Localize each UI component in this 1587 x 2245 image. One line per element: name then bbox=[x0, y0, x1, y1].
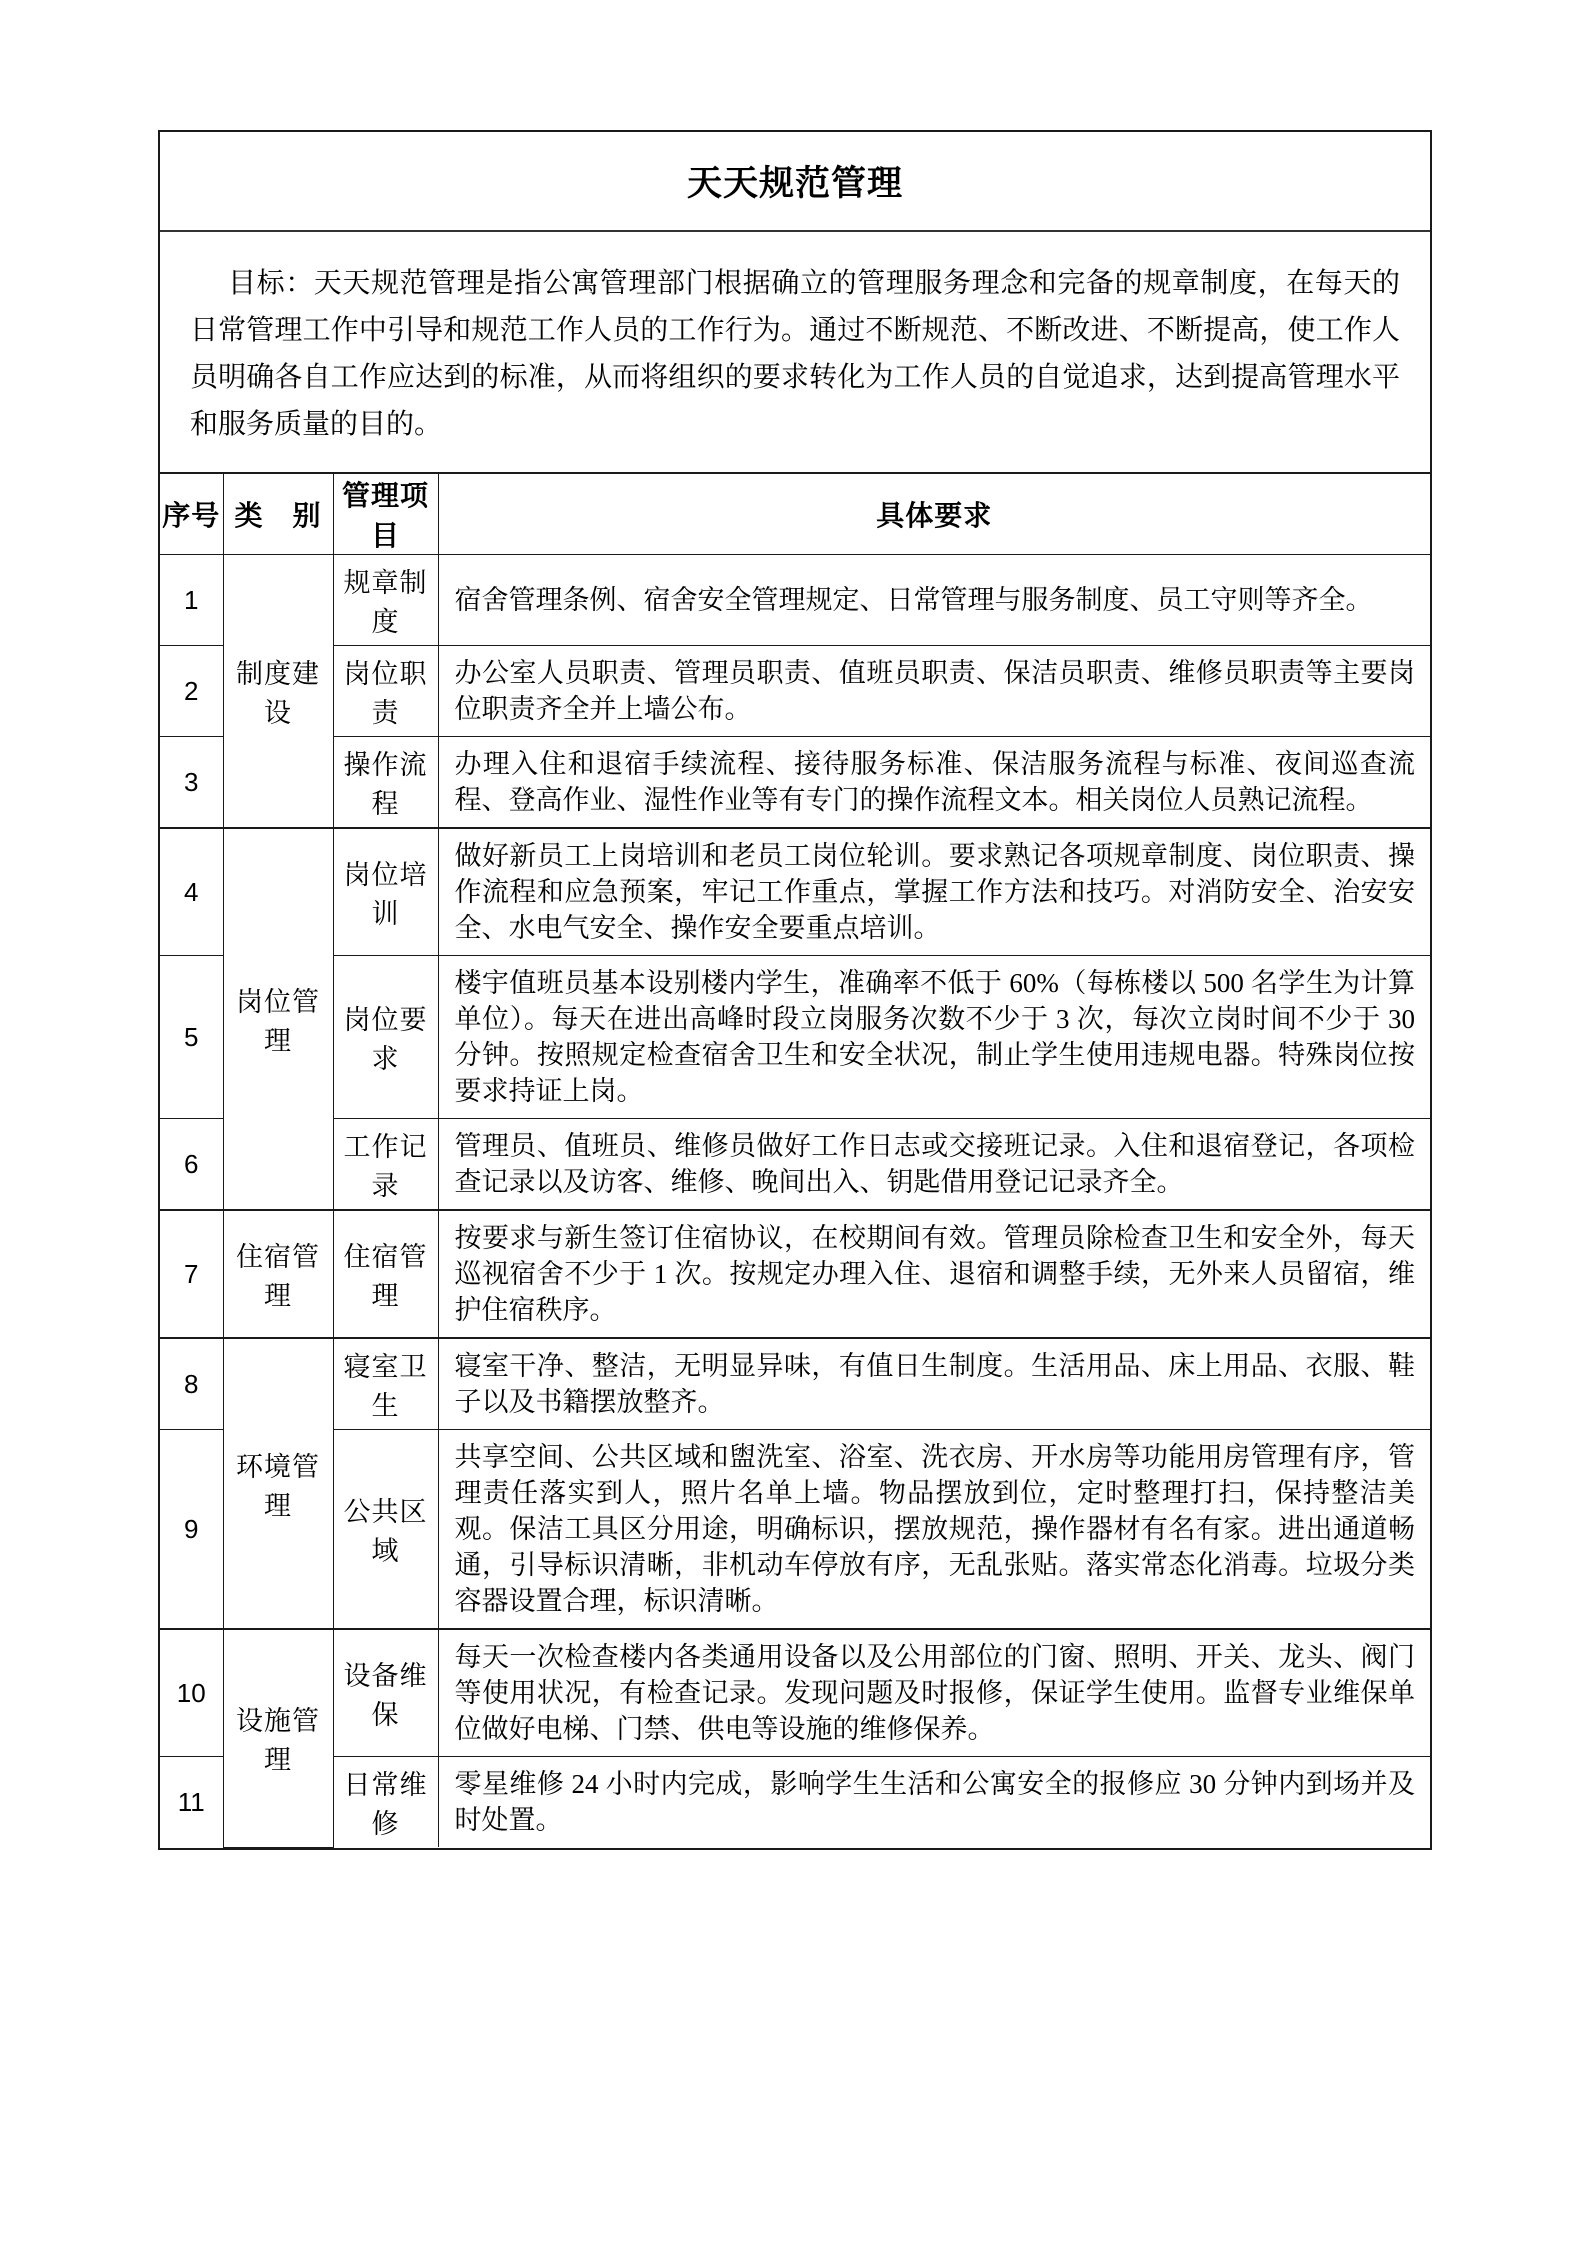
document-frame: 天天规范管理 目标：天天规范管理是指公寓管理部门根据确立的管理服务理念和完备的规… bbox=[158, 130, 1432, 1850]
intro-paragraph: 目标：天天规范管理是指公寓管理部门根据确立的管理服务理念和完备的规章制度，在每天… bbox=[190, 260, 1400, 448]
requirement-cell: 楼宇值班员基本设别楼内学生，准确率不低于 60%（每栋楼以 500 名学生为计算… bbox=[438, 956, 1430, 1119]
item-cell: 工作记录 bbox=[333, 1119, 438, 1211]
requirement-cell: 宿舍管理条例、宿舍安全管理规定、日常管理与服务制度、员工守则等齐全。 bbox=[438, 555, 1430, 646]
row-number-cell: 9 bbox=[160, 1430, 223, 1630]
table-header: 序号 类 别 管理项目 具体要求 bbox=[160, 474, 1430, 555]
requirement-cell: 管理员、值班员、维修员做好工作日志或交接班记录。入住和退宿登记，各项检查记录以及… bbox=[438, 1119, 1430, 1211]
table-row: 10 设施管理 设备维保 每天一次检查楼内各类通用设备以及公用部位的门窗、照明、… bbox=[160, 1629, 1430, 1757]
item-cell: 操作流程 bbox=[333, 737, 438, 829]
table-row: 9 公共区域 共享空间、公共区域和盥洗室、浴室、洗衣房、开水房等功能用房管理有序… bbox=[160, 1430, 1430, 1630]
page: 天天规范管理 目标：天天规范管理是指公寓管理部门根据确立的管理服务理念和完备的规… bbox=[0, 0, 1587, 2245]
col-header-requirement: 具体要求 bbox=[438, 474, 1430, 555]
col-header-category: 类 别 bbox=[223, 474, 333, 555]
table-row: 11 日常维修 零星维修 24 小时内完成，影响学生生活和公寓安全的报修应 30… bbox=[160, 1757, 1430, 1848]
item-cell: 寝室卫生 bbox=[333, 1338, 438, 1430]
table-row: 4 岗位管理 岗位培训 做好新员工上岗培训和老员工岗位轮训。要求熟记各项规章制度… bbox=[160, 828, 1430, 956]
table-row: 1 制度建设 规章制度 宿舍管理条例、宿舍安全管理规定、日常管理与服务制度、员工… bbox=[160, 555, 1430, 646]
row-number-cell: 7 bbox=[160, 1210, 223, 1338]
item-cell: 设备维保 bbox=[333, 1629, 438, 1757]
row-number-cell: 11 bbox=[160, 1757, 223, 1848]
row-number-cell: 10 bbox=[160, 1629, 223, 1757]
row-number-cell: 3 bbox=[160, 737, 223, 829]
category-cell: 岗位管理 bbox=[223, 828, 333, 1210]
row-number-cell: 2 bbox=[160, 646, 223, 737]
page-title: 天天规范管理 bbox=[687, 156, 903, 206]
row-number-cell: 5 bbox=[160, 956, 223, 1119]
table-row: 2 岗位职责 办公室人员职责、管理员职责、值班员职责、保洁员职责、维修员职责等主… bbox=[160, 646, 1430, 737]
requirement-cell: 办公室人员职责、管理员职责、值班员职责、保洁员职责、维修员职责等主要岗位职责齐全… bbox=[438, 646, 1430, 737]
item-cell: 规章制度 bbox=[333, 555, 438, 646]
requirement-cell: 共享空间、公共区域和盥洗室、浴室、洗衣房、开水房等功能用房管理有序，管理责任落实… bbox=[438, 1430, 1430, 1630]
table-row: 8 环境管理 寝室卫生 寝室干净、整洁，无明显异味，有值日生制度。生活用品、床上… bbox=[160, 1338, 1430, 1430]
category-cell: 制度建设 bbox=[223, 555, 333, 829]
requirement-cell: 按要求与新生签订住宿协议，在校期间有效。管理员除检查卫生和安全外，每天巡视宿舍不… bbox=[438, 1210, 1430, 1338]
table-row: 7 住宿管理 住宿管理 按要求与新生签订住宿协议，在校期间有效。管理员除检查卫生… bbox=[160, 1210, 1430, 1338]
item-cell: 住宿管理 bbox=[333, 1210, 438, 1338]
table-row: 6 工作记录 管理员、值班员、维修员做好工作日志或交接班记录。入住和退宿登记，各… bbox=[160, 1119, 1430, 1211]
row-number-cell: 8 bbox=[160, 1338, 223, 1430]
requirement-cell: 每天一次检查楼内各类通用设备以及公用部位的门窗、照明、开关、龙头、阀门等使用状况… bbox=[438, 1629, 1430, 1757]
management-table: 序号 类 别 管理项目 具体要求 1 制度建设 规章制度 宿舍管理条例、宿舍安全… bbox=[160, 474, 1430, 1848]
table-header-row: 序号 类 别 管理项目 具体要求 bbox=[160, 474, 1430, 555]
item-cell: 日常维修 bbox=[333, 1757, 438, 1848]
requirement-cell: 寝室干净、整洁，无明显异味，有值日生制度。生活用品、床上用品、衣服、鞋子以及书籍… bbox=[438, 1338, 1430, 1430]
title-row: 天天规范管理 bbox=[160, 132, 1430, 232]
requirement-cell: 零星维修 24 小时内完成，影响学生生活和公寓安全的报修应 30 分钟内到场并及… bbox=[438, 1757, 1430, 1848]
table-row: 3 操作流程 办理入住和退宿手续流程、接待服务标准、保洁服务流程与标准、夜间巡查… bbox=[160, 737, 1430, 829]
table-row: 5 岗位要求 楼宇值班员基本设别楼内学生，准确率不低于 60%（每栋楼以 500… bbox=[160, 956, 1430, 1119]
category-cell: 环境管理 bbox=[223, 1338, 333, 1629]
row-number-cell: 1 bbox=[160, 555, 223, 646]
row-number-cell: 4 bbox=[160, 828, 223, 956]
requirement-cell: 办理入住和退宿手续流程、接待服务标准、保洁服务流程与标准、夜间巡查流程、登高作业… bbox=[438, 737, 1430, 829]
item-cell: 岗位要求 bbox=[333, 956, 438, 1119]
col-header-item: 管理项目 bbox=[333, 474, 438, 555]
row-number-cell: 6 bbox=[160, 1119, 223, 1211]
item-cell: 公共区域 bbox=[333, 1430, 438, 1630]
category-cell: 设施管理 bbox=[223, 1629, 333, 1847]
requirement-cell: 做好新员工上岗培训和老员工岗位轮训。要求熟记各项规章制度、岗位职责、操作流程和应… bbox=[438, 828, 1430, 956]
col-header-no: 序号 bbox=[160, 474, 223, 555]
intro-section: 目标：天天规范管理是指公寓管理部门根据确立的管理服务理念和完备的规章制度，在每天… bbox=[160, 232, 1430, 474]
category-cell: 住宿管理 bbox=[223, 1210, 333, 1338]
item-cell: 岗位职责 bbox=[333, 646, 438, 737]
item-cell: 岗位培训 bbox=[333, 828, 438, 956]
